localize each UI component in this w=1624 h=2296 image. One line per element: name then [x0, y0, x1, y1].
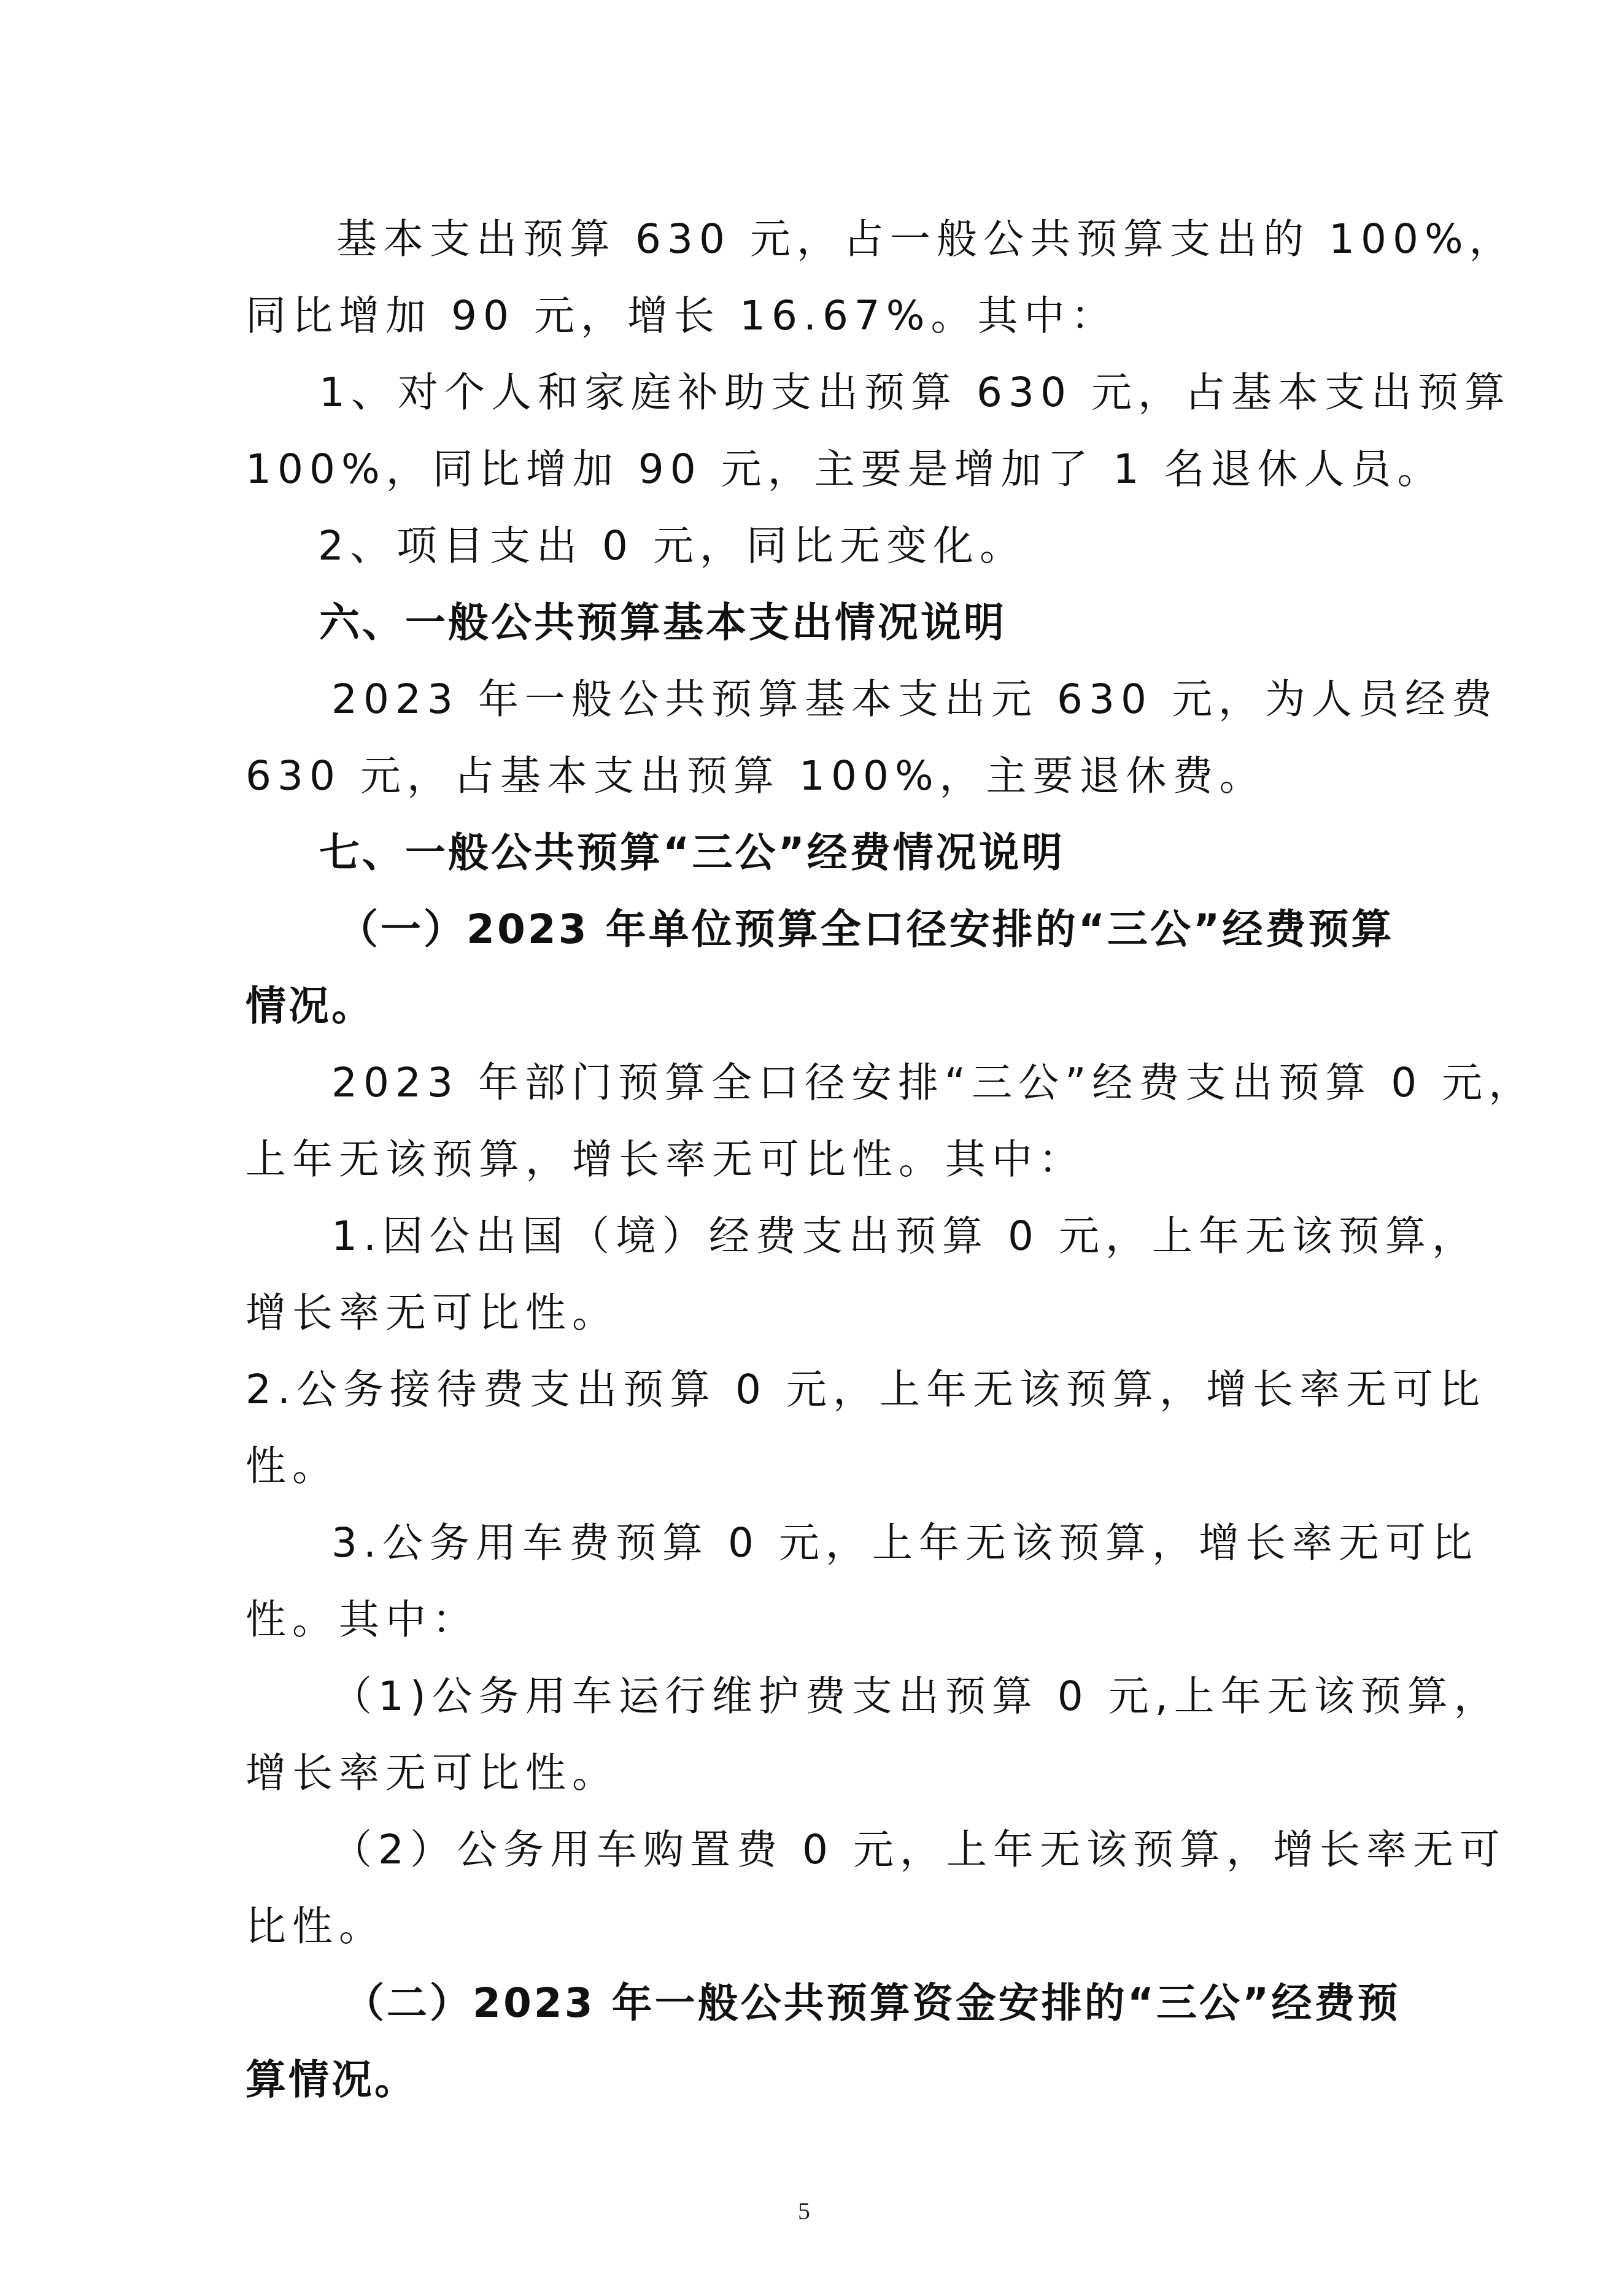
list-item-line: 1、对个人和家庭补助支出预算 630 元，占基本支出预算 — [319, 368, 1511, 417]
list-item-line: 性。 — [246, 1442, 339, 1491]
section-heading: 六、一般公共预算基本支出情况说明 — [319, 598, 1007, 647]
subsection-heading: 算情况。 — [246, 2055, 417, 2105]
subsection-heading: 情况。 — [246, 982, 374, 1031]
list-item-line: 2.公务接待费支出预算 0 元，上年无该预算，增长率无可比 — [246, 1365, 1486, 1414]
list-item-line: 增长率无可比性。 — [246, 1289, 619, 1338]
paragraph-line: 同比增加 90 元，增长 16.67%。其中： — [246, 291, 1118, 341]
list-item-line: 2、项目支出 0 元，同比无变化。 — [318, 522, 1026, 571]
document-page: 基本支出预算 630 元，占一般公共预算支出的 100%， 同比增加 90 元，… — [0, 0, 1624, 2296]
list-item-line: 3.公务用车费预算 0 元，上年无该预算，增长率无可比 — [331, 1519, 1479, 1568]
list-item-line: 比性。 — [246, 1902, 385, 1951]
list-item-line: 100%，同比增加 90 元，主要是增加了 1 名退休人员。 — [246, 445, 1444, 494]
paragraph-line: 基本支出预算 630 元，占一般公共预算支出的 100%， — [336, 215, 1516, 264]
list-item-line: 1.因公出国（境）经费支出预算 0 元，上年无该预算， — [331, 1212, 1479, 1261]
list-item-line: 增长率无可比性。 — [246, 1749, 619, 1798]
list-item-line: 性。其中： — [246, 1595, 479, 1644]
section-heading: 七、一般公共预算“三公”经费情况说明 — [319, 828, 1065, 877]
subsection-heading: （一）2023 年单位预算全口径安排的“三公”经费预算 — [338, 905, 1394, 954]
paragraph-line: 630 元，占基本支出预算 100%，主要退休费。 — [246, 752, 1266, 801]
page-number: 5 — [798, 2197, 810, 2225]
paragraph-line: 2023 年部门预算全口径安排“三公”经费支出预算 0 元， — [331, 1058, 1535, 1108]
subsection-heading: （二）2023 年一般公共预算资金安排的“三公”经费预 — [344, 1979, 1400, 2028]
paragraph-line: 上年无该预算，增长率无可比性。其中： — [246, 1135, 1085, 1184]
list-item-line: （2）公务用车购置费 0 元，上年无该预算，增长率无可 — [331, 1825, 1506, 1874]
paragraph-line: 2023 年一般公共预算基本支出元 630 元，为人员经费 — [331, 675, 1498, 724]
list-item-line: （1)公务用车运行维护费支出预算 0 元,上年无该预算， — [331, 1672, 1501, 1721]
